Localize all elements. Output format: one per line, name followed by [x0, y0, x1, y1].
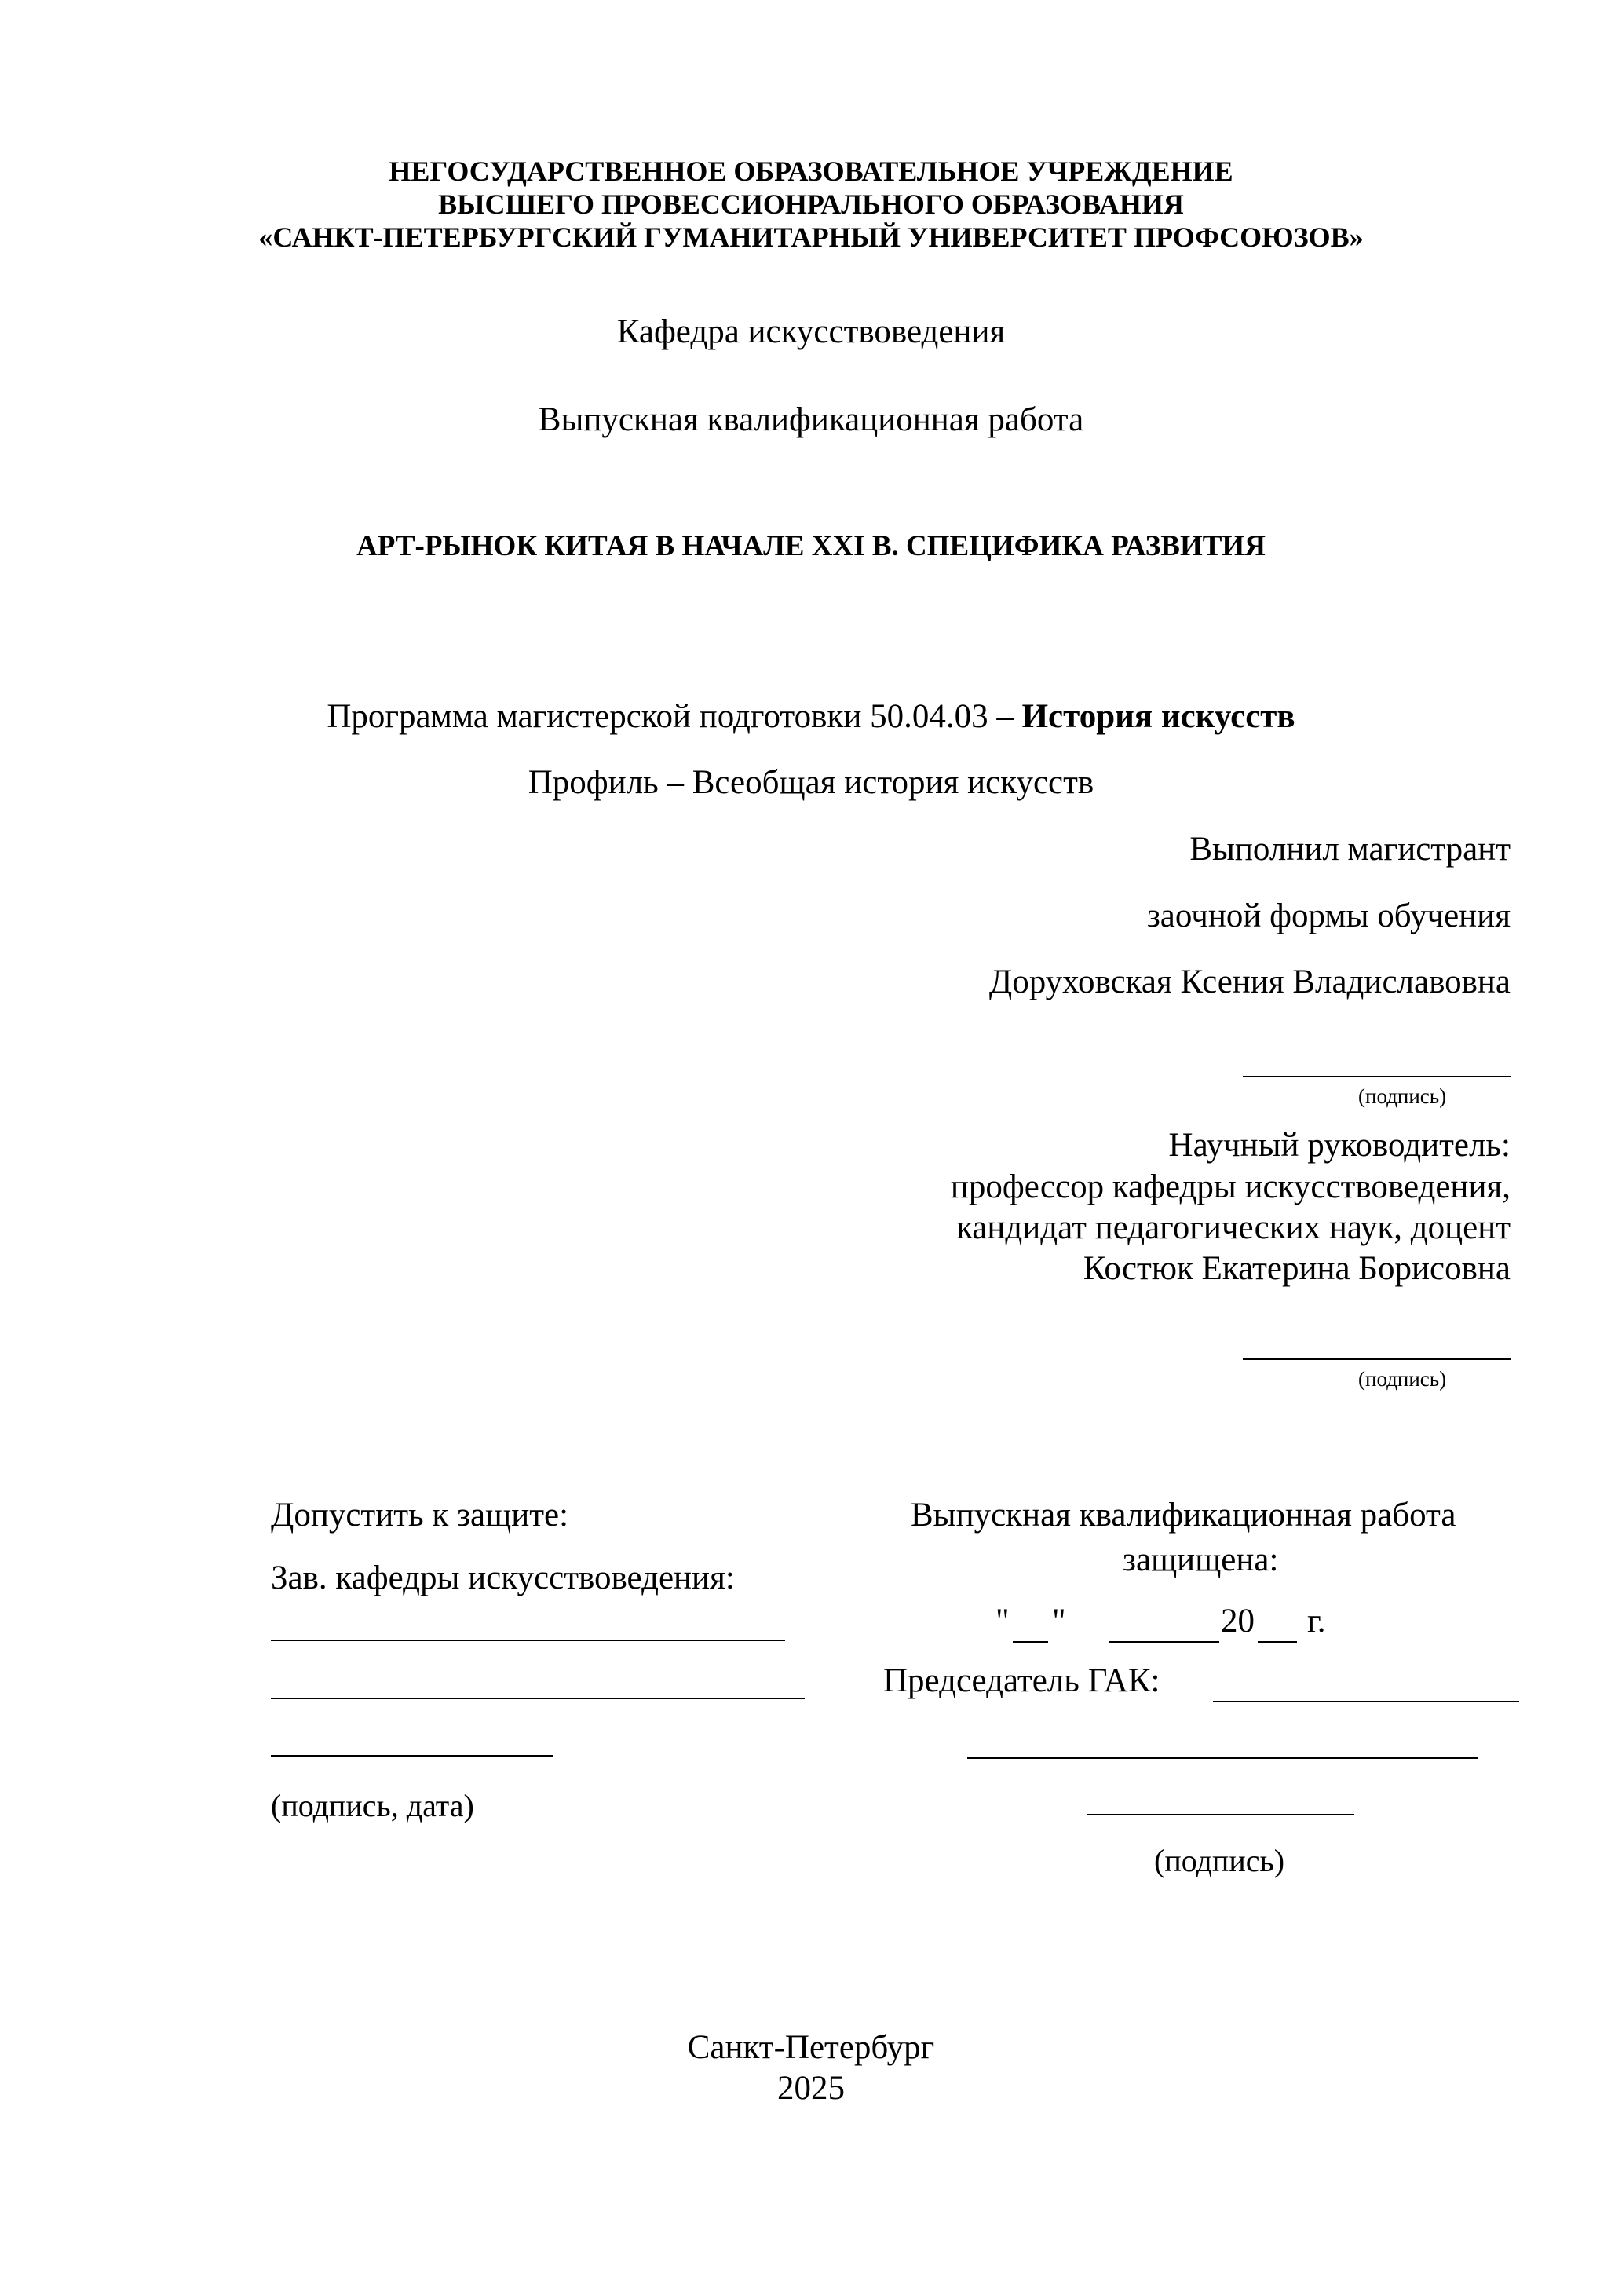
defense-year-field[interactable] [1258, 1641, 1297, 1643]
institution-line-1: НЕГОСУДАРСТВЕННОЕ ОБРАЗОВАТЕЛЬНОЕ УЧРЕЖД… [0, 155, 1622, 188]
defense-day-field[interactable] [1013, 1641, 1048, 1643]
author-line-2: заочной формы обучения [1147, 897, 1511, 936]
defense-line-2: защищена: [1123, 1541, 1278, 1580]
department: Кафедра искусствоведения [0, 313, 1622, 352]
supervisor-position: профессор кафедры искусствоведения, [951, 1167, 1511, 1208]
defense-year-prefix: 20 [1221, 1602, 1255, 1641]
chair-line-2[interactable] [967, 1757, 1478, 1759]
thesis-title: АРТ-РЫНОК КИТАЯ В НАЧАЛЕ XXI В. СПЕЦИФИК… [0, 530, 1622, 563]
admission-caption: (подпись, дата) [271, 1786, 474, 1826]
defense-date-open-quote: " [995, 1602, 1010, 1641]
admission-label: Допустить к защите: [271, 1496, 568, 1535]
work-type: Выпускная квалификационная работа [0, 400, 1622, 440]
admission-line-3[interactable] [271, 1755, 553, 1757]
admission-line-1[interactable] [271, 1640, 785, 1641]
author-line-1: Выполнил магистрант [1189, 830, 1511, 869]
defense-date-close-quote: " [1052, 1602, 1066, 1641]
year: 2025 [0, 2069, 1622, 2108]
institution-line-3: «САНКТ-ПЕТЕРБУРГСКИЙ ГУМАНИТАРНЫЙ УНИВЕР… [0, 221, 1622, 254]
city: Санкт-Петербург [0, 2028, 1622, 2067]
supervisor-label: Научный руководитель: [1169, 1125, 1511, 1166]
program-name: История искусств [1022, 698, 1295, 735]
admission-line-2[interactable] [271, 1698, 805, 1699]
defense-month-field[interactable] [1109, 1641, 1219, 1643]
defense-line-1: Выпускная квалификационная работа [911, 1496, 1456, 1535]
program-line: Программа магистерской подготовки 50.04.… [0, 697, 1622, 737]
chair-name-field[interactable] [1213, 1701, 1519, 1702]
author-name: Доруховская Ксения Владиславовна [989, 963, 1511, 1002]
defense-date-suffix: г. [1307, 1602, 1326, 1641]
profile-line: Профиль – Всеобщая история искусств [0, 763, 1622, 803]
author-signature-line[interactable] [1243, 1076, 1511, 1077]
supervisor-signature-line[interactable] [1243, 1358, 1511, 1360]
supervisor-name: Костюк Екатерина Борисовна [1083, 1249, 1511, 1289]
supervisor-degree: кандидат педагогических наук, доцент [956, 1208, 1511, 1249]
chair-signature-caption: (подпись) [1154, 1841, 1284, 1881]
institution-line-2: ВЫСШЕГО ПРОВЕССИОНРАЛЬНОГО ОБРАЗОВАНИЯ [0, 188, 1622, 221]
chair-signature-line[interactable] [1087, 1814, 1354, 1815]
head-of-department-label: Зав. кафедры искусствоведения: [271, 1559, 735, 1598]
program-prefix: Программа магистерской подготовки 50.04.… [327, 698, 1021, 735]
supervisor-signature-caption: (подпись) [1358, 1366, 1446, 1391]
chair-label: Председатель ГАК: [883, 1662, 1160, 1701]
author-signature-caption: (подпись) [1358, 1084, 1446, 1109]
